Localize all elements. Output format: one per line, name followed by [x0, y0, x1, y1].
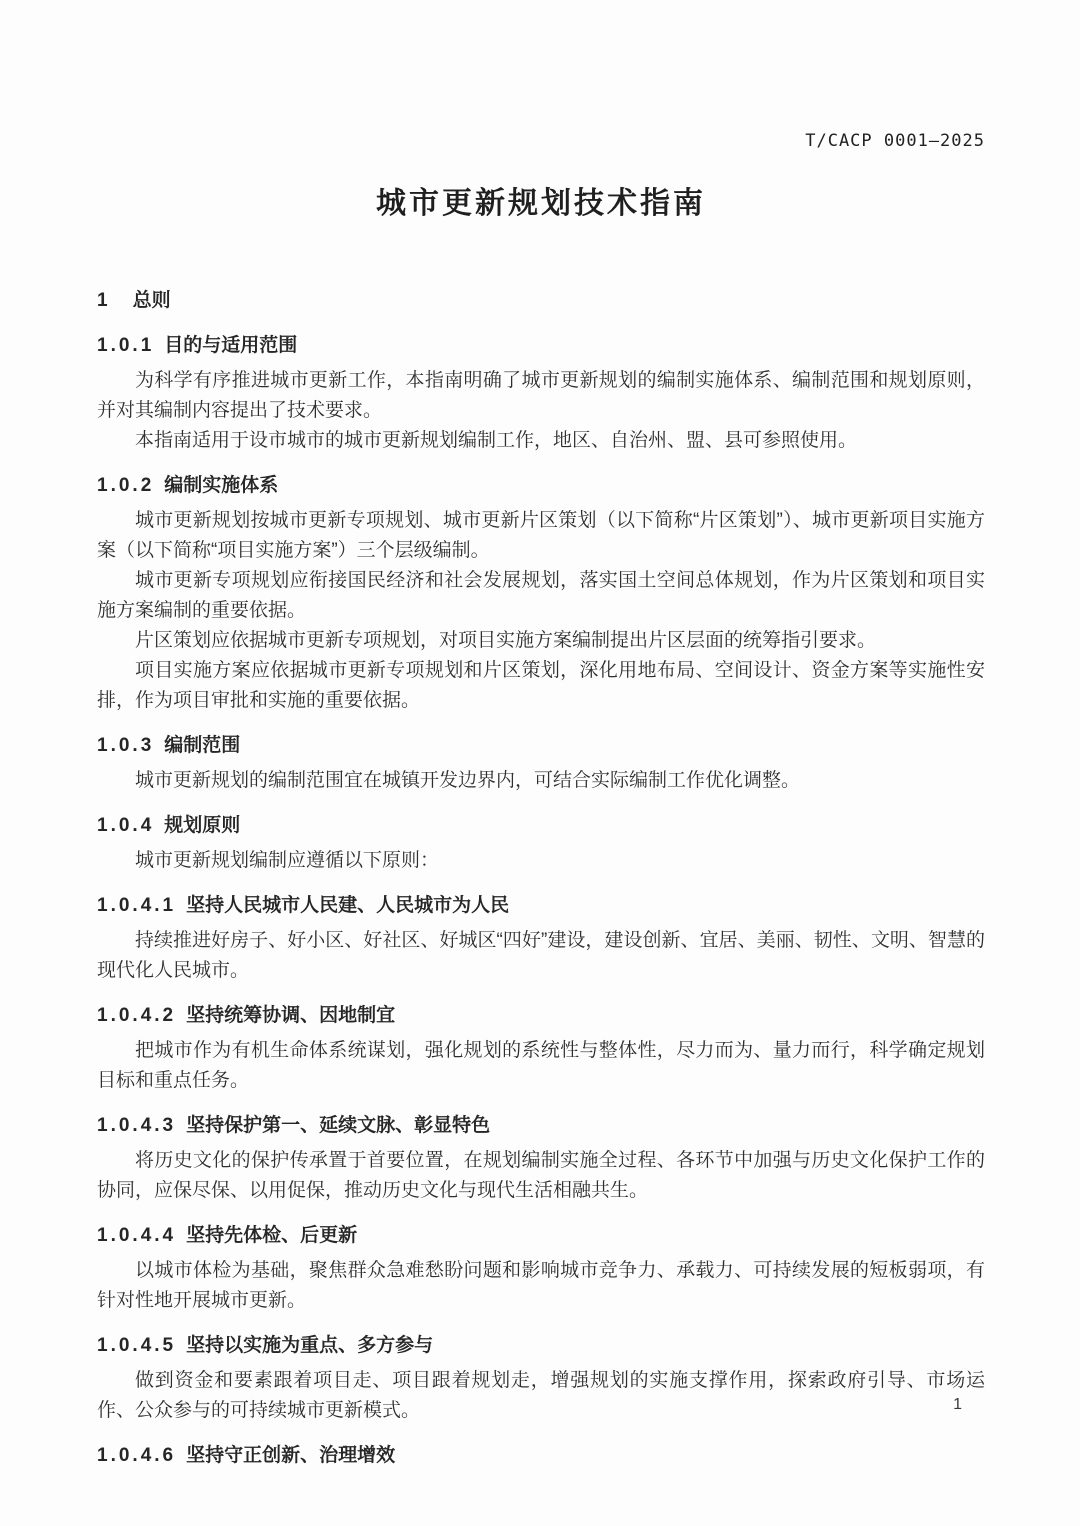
- section-heading: 1.0.2编制实施体系: [97, 471, 985, 501]
- section-title: 坚持守正创新、治理增效: [186, 1445, 395, 1466]
- paragraph: 城市更新规划按城市更新专项规划、城市更新片区策划（以下简称“片区策划”）、城市更…: [97, 506, 985, 566]
- paragraph: 以城市体检为基础，聚焦群众急难愁盼问题和影响城市竞争力、承载力、可持续发展的短板…: [97, 1256, 985, 1316]
- section-number: 1: [97, 286, 109, 316]
- section-title: 规划原则: [164, 815, 240, 836]
- section-heading: 1.0.4.5坚持以实施为重点、多方参与: [97, 1331, 985, 1361]
- section-heading: 1.0.4.1坚持人民城市人民建、人民城市为人民: [97, 891, 985, 921]
- paragraph: 项目实施方案应依据城市更新专项规划和片区策划，深化用地布局、空间设计、资金方案等…: [97, 656, 985, 716]
- chapter-heading: 1总则: [97, 286, 985, 316]
- section-heading: 1.0.4规划原则: [97, 811, 985, 841]
- document-page: T/CACP 0001—2025 城市更新规划技术指南 1总则1.0.1目的与适…: [0, 0, 1080, 1526]
- document-content: T/CACP 0001—2025 城市更新规划技术指南 1总则1.0.1目的与适…: [0, 0, 1080, 1471]
- section-number: 1.0.2: [97, 471, 154, 501]
- section-number: 1.0.4.1: [97, 891, 176, 921]
- section-title: 坚持保护第一、延续文脉、彰显特色: [186, 1115, 490, 1136]
- section-title: 目的与适用范围: [164, 335, 297, 356]
- paragraph: 把城市作为有机生命体系统谋划，强化规划的系统性与整体性，尽力而为、量力而行，科学…: [97, 1036, 985, 1096]
- section-number: 1.0.4.3: [97, 1111, 176, 1141]
- section-title: 坚持以实施为重点、多方参与: [186, 1335, 433, 1356]
- section-heading: 1.0.4.3坚持保护第一、延续文脉、彰显特色: [97, 1111, 985, 1141]
- page-title: 城市更新规划技术指南: [97, 178, 985, 222]
- section-title: 坚持人民城市人民建、人民城市为人民: [186, 895, 509, 916]
- section-heading: 1.0.4.4坚持先体检、后更新: [97, 1221, 985, 1251]
- doc-code: T/CACP 0001—2025: [97, 131, 985, 151]
- paragraph: 本指南适用于设市城市的城市更新规划编制工作，地区、自治州、盟、县可参照使用。: [97, 426, 985, 456]
- section-heading: 1.0.4.2坚持统筹协调、因地制宜: [97, 1001, 985, 1031]
- section-title: 坚持统筹协调、因地制宜: [186, 1005, 395, 1026]
- section-title: 编制实施体系: [164, 475, 278, 496]
- section-number: 1.0.1: [97, 331, 154, 361]
- section-title: 坚持先体检、后更新: [186, 1225, 357, 1246]
- document-body: 1总则1.0.1目的与适用范围为科学有序推进城市更新工作，本指南明确了城市更新规…: [97, 286, 985, 1471]
- paragraph: 城市更新规划编制应遵循以下原则：: [97, 846, 985, 876]
- paragraph: 持续推进好房子、好小区、好社区、好城区“四好”建设，建设创新、宜居、美丽、韧性、…: [97, 926, 985, 986]
- section-number: 1.0.3: [97, 731, 154, 761]
- section-heading: 1.0.3编制范围: [97, 731, 985, 761]
- section-heading: 1.0.4.6坚持守正创新、治理增效: [97, 1441, 985, 1471]
- paragraph: 将历史文化的保护传承置于首要位置，在规划编制实施全过程、各环节中加强与历史文化保…: [97, 1146, 985, 1206]
- paragraph: 城市更新规划的编制范围宜在城镇开发边界内，可结合实际编制工作优化调整。: [97, 766, 985, 796]
- paragraph: 城市更新专项规划应衔接国民经济和社会发展规划，落实国土空间总体规划，作为片区策划…: [97, 566, 985, 626]
- paragraph: 为科学有序推进城市更新工作，本指南明确了城市更新规划的编制实施体系、编制范围和规…: [97, 366, 985, 426]
- section-title: 总则: [133, 290, 171, 311]
- section-number: 1.0.4: [97, 811, 154, 841]
- section-number: 1.0.4.6: [97, 1441, 176, 1471]
- section-number: 1.0.4.4: [97, 1221, 176, 1251]
- page-number: 1: [953, 1396, 962, 1414]
- section-number: 1.0.4.5: [97, 1331, 176, 1361]
- paragraph: 做到资金和要素跟着项目走、项目跟着规划走，增强规划的实施支撑作用，探索政府引导、…: [97, 1366, 985, 1426]
- section-heading: 1.0.1目的与适用范围: [97, 331, 985, 361]
- section-number: 1.0.4.2: [97, 1001, 176, 1031]
- paragraph: 片区策划应依据城市更新专项规划，对项目实施方案编制提出片区层面的统筹指引要求。: [97, 626, 985, 656]
- section-title: 编制范围: [164, 735, 240, 756]
